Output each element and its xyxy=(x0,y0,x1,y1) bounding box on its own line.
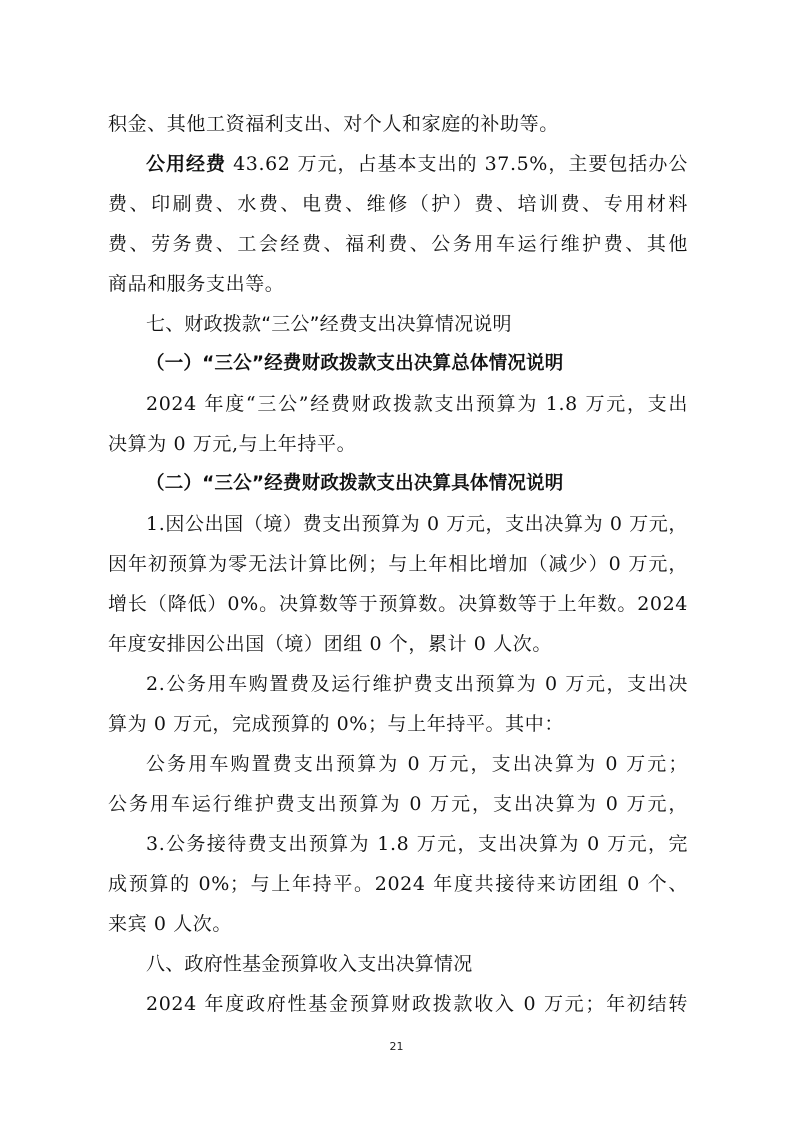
body-line: 费、印刷费、水费、电费、维修（护）费、培训费、专用材料 xyxy=(108,184,688,224)
section-heading-8: 八、政府性基金预算收入支出决算情况 xyxy=(108,944,688,984)
body-line: 增长（降低）0%。决算数等于预算数。决算数等于上年数。2024 xyxy=(108,584,688,624)
body-line: 公务用车购置费支出预算为 0 万元，支出决算为 0 万元； xyxy=(108,744,688,784)
body-line: 2.公务用车购置费及运行维护费支出预算为 0 万元，支出决 xyxy=(108,664,688,704)
body-line: 2024 年度“三公”经费财政拨款支出预算为 1.8 万元，支出 xyxy=(108,384,688,424)
body-line: 公务用车运行维护费支出预算为 0 万元，支出决算为 0 万元， xyxy=(108,784,688,824)
body-line: 成预算的 0%；与上年持平。2024 年度共接待来访团组 0 个、 xyxy=(108,864,688,904)
body-line: 因年初预算为零无法计算比例；与上年相比增加（减少）0 万元， xyxy=(108,544,688,584)
body-line-public-expenses: 公用经费 43.62 万元，占基本支出的 37.5%，主要包括办公 xyxy=(108,144,688,184)
public-expenses-text: 43.62 万元，占基本支出的 37.5%，主要包括办公 xyxy=(226,153,688,175)
body-line: 积金、其他工资福利支出、对个人和家庭的补助等。 xyxy=(108,104,688,144)
body-line: 3.公务接待费支出预算为 1.8 万元，支出决算为 0 万元，完 xyxy=(108,824,688,864)
body-line: 决算为 0 万元,与上年持平。 xyxy=(108,424,688,464)
document-page: 积金、其他工资福利支出、对个人和家庭的补助等。 公用经费 43.62 万元，占基… xyxy=(108,104,688,1024)
body-line: 商品和服务支出等。 xyxy=(108,264,688,304)
subsection-heading-1: （一）“三公”经费财政拨款支出决算总体情况说明 xyxy=(108,344,688,384)
body-line: 费、劳务费、工会经费、福利费、公务用车运行维护费、其他 xyxy=(108,224,688,264)
page-number: 21 xyxy=(0,1040,793,1053)
public-expenses-label: 公用经费 xyxy=(146,153,226,175)
section-heading-7: 七、财政拨款“三公”经费支出决算情况说明 xyxy=(108,304,688,344)
subsection-heading-2: （二）“三公”经费财政拨款支出决算具体情况说明 xyxy=(108,464,688,504)
body-line: 算为 0 万元，完成预算的 0%；与上年持平。其中： xyxy=(108,704,688,744)
body-line: 2024 年度政府性基金预算财政拨款收入 0 万元；年初结转 xyxy=(108,984,688,1024)
body-line: 1.因公出国（境）费支出预算为 0 万元，支出决算为 0 万元， xyxy=(108,504,688,544)
body-line: 年度安排因公出国（境）团组 0 个，累计 0 人次。 xyxy=(108,624,688,664)
body-line: 来宾 0 人次。 xyxy=(108,904,688,944)
